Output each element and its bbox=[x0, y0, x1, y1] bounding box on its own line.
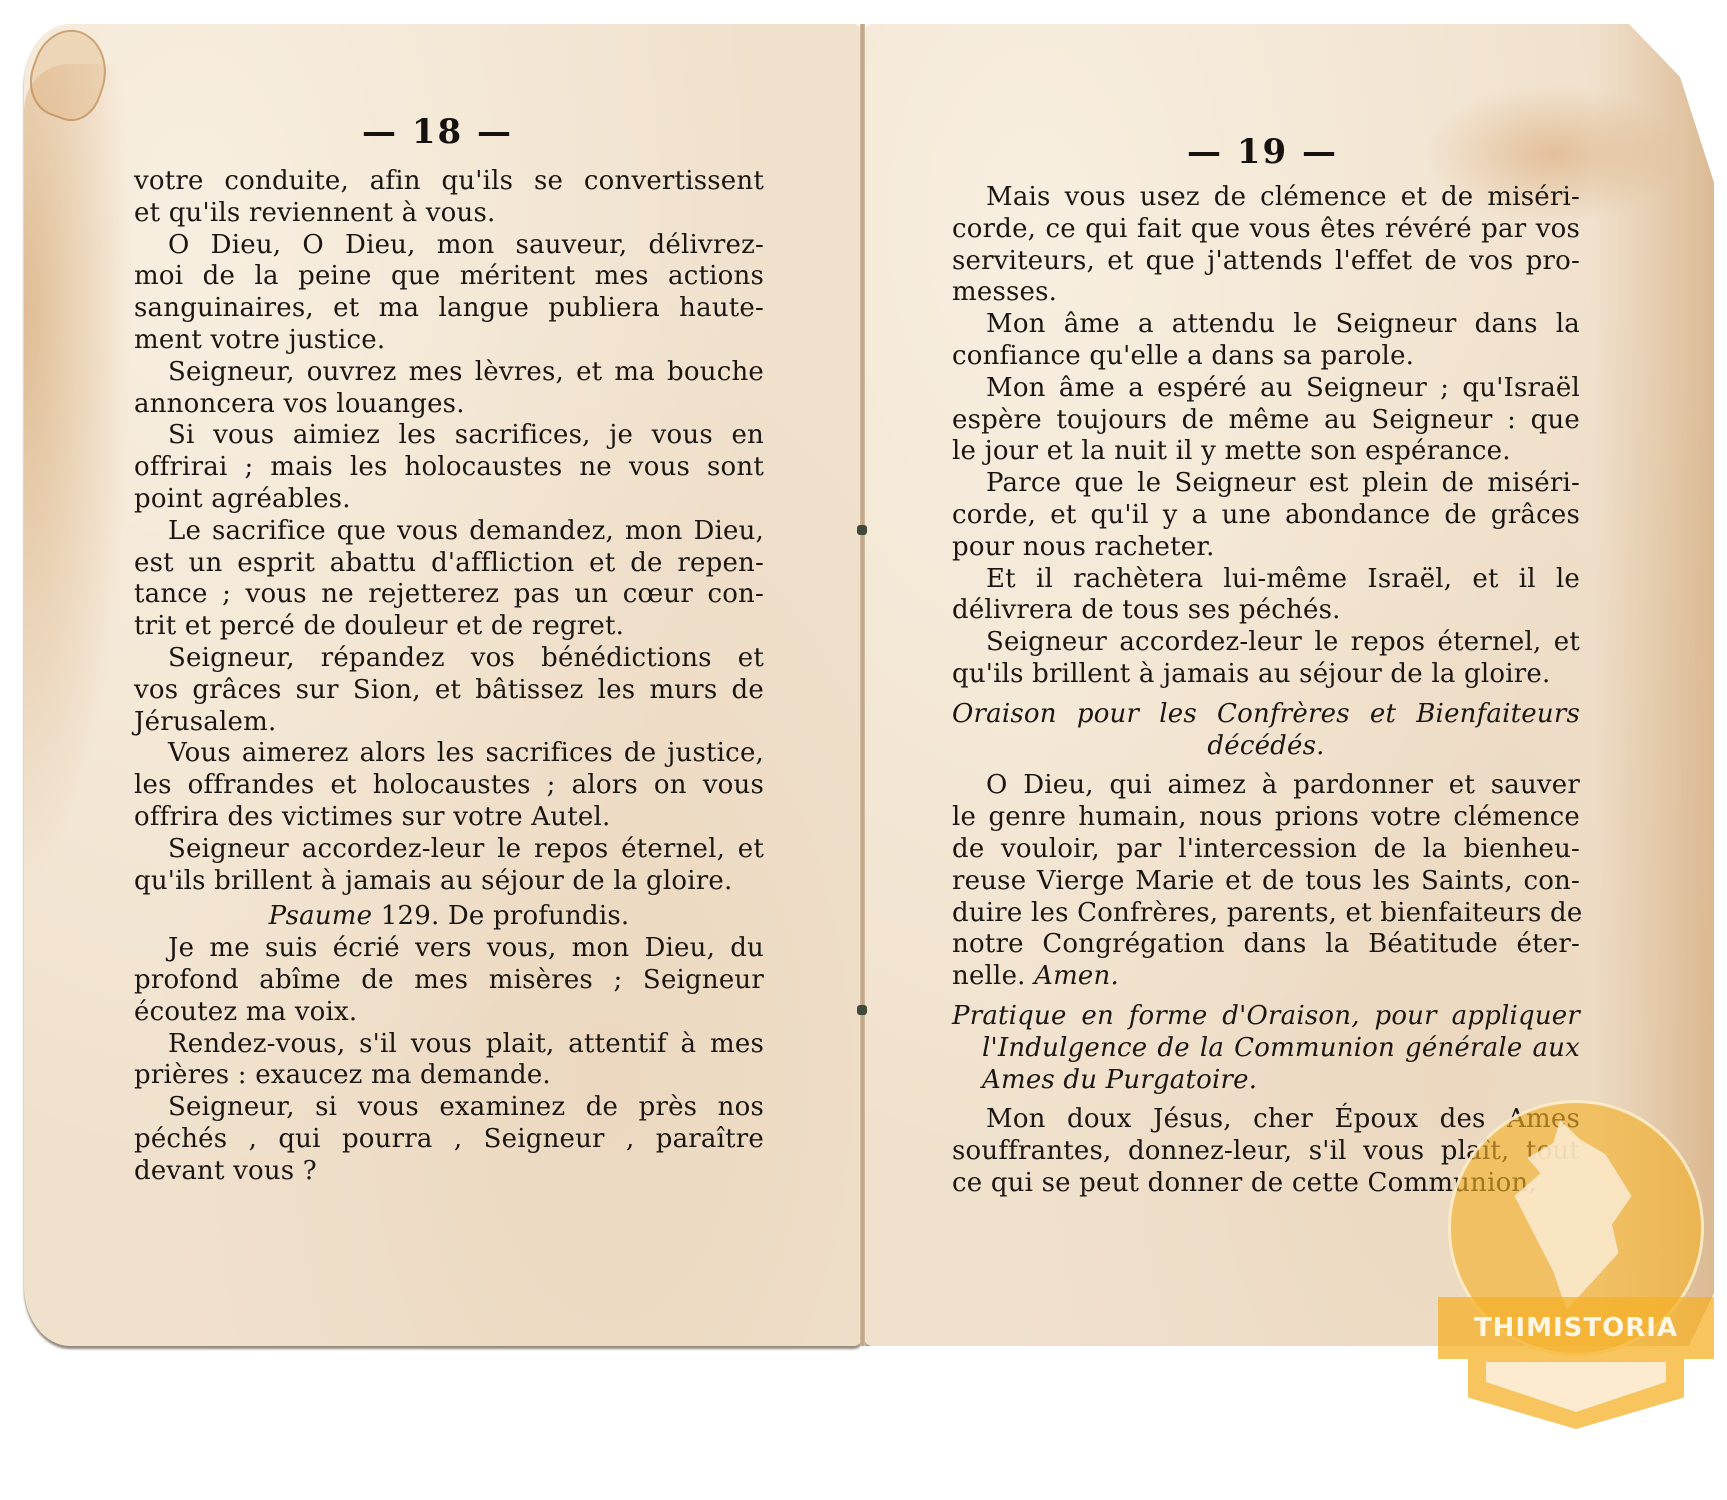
paragraph: Vous aimerez alors les sacrifices de jus… bbox=[134, 738, 764, 833]
text-line: confiance qu'elle a dans sa parole. bbox=[952, 341, 1580, 373]
text-line: le jour et la nuit il y mette son espéra… bbox=[952, 436, 1580, 468]
psalm-paragraph: Je me suis écrié vers vous, mon Dieu, du… bbox=[134, 933, 764, 1028]
text-line: sanguinaires, et ma langue publiera haut… bbox=[134, 293, 764, 325]
text-line: de vouloir, par l'intercession de la bie… bbox=[952, 834, 1580, 866]
paragraph: Le sacrifice que vous demandez, mon Dieu… bbox=[134, 516, 764, 643]
page-number-left: — 18 — bbox=[362, 112, 513, 152]
text-line: Mon âme a attendu le Seigneur dans la bbox=[952, 309, 1580, 341]
oraison-paragraph: O Dieu, qui aimez à pardonner et sauverl… bbox=[952, 770, 1580, 993]
paragraph: Seigneur, répandez vos bénédictions etvo… bbox=[134, 643, 764, 738]
text-line: Parce que le Seigneur est plein de misér… bbox=[952, 468, 1580, 500]
text-line: O Dieu, O Dieu, mon sauveur, délivrez- bbox=[134, 230, 764, 262]
paragraph: Mais vous usez de clémence et de miséri-… bbox=[952, 182, 1580, 309]
paragraph: Parce que le Seigneur est plein de misér… bbox=[952, 468, 1580, 563]
text-line: Rendez-vous, s'il vous plait, attentif à… bbox=[134, 1029, 764, 1061]
text-line: Je me suis écrié vers vous, mon Dieu, du bbox=[134, 933, 764, 965]
text-line: reuse Vierge Marie et de tous les Saints… bbox=[952, 866, 1580, 898]
text-line: qu'ils brillent à jamais au séjour de la… bbox=[952, 659, 1580, 691]
psalm-heading: Psaume 129. De profundis. bbox=[134, 901, 764, 933]
text-line: nelle. Amen. bbox=[952, 961, 1580, 993]
text-line: Vous aimerez alors les sacrifices de jus… bbox=[134, 738, 764, 770]
text-line: est un esprit abattu d'affliction et de … bbox=[134, 548, 764, 580]
paragraph: Mon âme a attendu le Seigneur dans lacon… bbox=[952, 309, 1580, 373]
text-line: Seigneur, ouvrez mes lèvres, et ma bouch… bbox=[134, 357, 764, 389]
paragraph: Si vous aimiez les sacrifices, je vous e… bbox=[134, 420, 764, 515]
text-line: Seigneur accordez-leur le repos éternel,… bbox=[134, 834, 764, 866]
text-line: trit et percé de douleur et de regret. bbox=[134, 611, 764, 643]
open-book-pages-icon bbox=[1486, 1362, 1666, 1412]
text-line: pour nous racheter. bbox=[952, 532, 1580, 564]
text-line: prières : exaucez ma demande. bbox=[134, 1060, 764, 1092]
binding-stitch-icon bbox=[857, 1005, 867, 1015]
paragraph: O Dieu, O Dieu, mon sauveur, délivrez-mo… bbox=[134, 230, 764, 357]
text-line: Seigneur, si vous examinez de près nos bbox=[134, 1092, 764, 1124]
text-line: souffrantes, donnez-leur, s'il vous plaî… bbox=[952, 1136, 1580, 1168]
pratique-heading-cont: l'Indulgence de la Communion générale au… bbox=[952, 1033, 1580, 1065]
oraison-heading-cont: décédés. bbox=[952, 731, 1580, 763]
text-line: Seigneur, répandez vos bénédictions et bbox=[134, 643, 764, 675]
page-number-right: — 19 — bbox=[1187, 132, 1338, 172]
open-book-icon bbox=[1468, 1359, 1684, 1429]
text-line: profond abîme de mes misères ; Seigneur bbox=[134, 965, 764, 997]
pratique-heading-cont: Ames du Purgatoire. bbox=[952, 1065, 1580, 1097]
paragraph: Mon âme a espéré au Seigneur ; qu'Israël… bbox=[952, 373, 1580, 468]
text-line: Si vous aimiez les sacrifices, je vous e… bbox=[134, 420, 764, 452]
text-line: messes. bbox=[952, 277, 1580, 309]
text-line: Et il rachètera lui-même Israël, et il l… bbox=[952, 564, 1580, 596]
text-line: offrira des victimes sur votre Autel. bbox=[134, 802, 764, 834]
text-line: Mon doux Jésus, cher Époux des Ames bbox=[952, 1104, 1580, 1136]
text-line: délivrera de tous ses péchés. bbox=[952, 595, 1580, 627]
text-line: Mon âme a espéré au Seigneur ; qu'Israël bbox=[952, 373, 1580, 405]
paragraph: Seigneur, ouvrez mes lèvres, et ma bouch… bbox=[134, 357, 764, 421]
psalm-paragraph: Seigneur, si vous examinez de près nospé… bbox=[134, 1092, 764, 1187]
text-line: Jérusalem. bbox=[134, 707, 764, 739]
text-line: offrirai ; mais les holocaustes ne vous … bbox=[134, 452, 764, 484]
text-line: annoncera vos louanges. bbox=[134, 389, 764, 421]
text-line: péchés , qui pourra , Seigneur , paraîtr… bbox=[134, 1124, 764, 1156]
text-line: moi de la peine que méritent mes actions bbox=[134, 261, 764, 293]
text-line: notre Congrégation dans la Béatitude éte… bbox=[952, 929, 1580, 961]
pratique-heading: Pratique en forme d'Oraison, pour appliq… bbox=[952, 1001, 1580, 1033]
text-line: Mais vous usez de clémence et de miséri- bbox=[952, 182, 1580, 214]
text-line: et qu'ils reviennent à vous. bbox=[134, 198, 764, 230]
paragraph: votre conduite, afin qu'ils se convertis… bbox=[134, 166, 764, 230]
text-line: O Dieu, qui aimez à pardonner et sauver bbox=[952, 770, 1580, 802]
left-page-text: votre conduite, afin qu'ils se convertis… bbox=[134, 166, 764, 1188]
text-line: le genre humain, nous prions votre cléme… bbox=[952, 802, 1580, 834]
paragraph: Seigneur accordez-leur le repos éternel,… bbox=[952, 627, 1580, 691]
text-line: qu'ils brillent à jamais au séjour de la… bbox=[134, 866, 764, 898]
text-line: serviteurs, et que j'attends l'effet de … bbox=[952, 246, 1580, 278]
text-line: vos grâces sur Sion, et bâtissez les mur… bbox=[134, 675, 764, 707]
final-paragraph: Mon doux Jésus, cher Époux des Amessouff… bbox=[952, 1104, 1580, 1199]
text-line: votre conduite, afin qu'ils se convertis… bbox=[134, 166, 764, 198]
text-line: devant vous ? bbox=[134, 1156, 764, 1188]
psalm-paragraph: Rendez-vous, s'il vous plait, attentif à… bbox=[134, 1029, 764, 1093]
text-line: point agréables. bbox=[134, 484, 764, 516]
text-line: ment votre justice. bbox=[134, 325, 764, 357]
text-line: Le sacrifice que vous demandez, mon Dieu… bbox=[134, 516, 764, 548]
psalm-label: Psaume bbox=[269, 901, 373, 931]
text-line: écoutez ma voix. bbox=[134, 997, 764, 1029]
paragraph: Seigneur accordez-leur le repos éternel,… bbox=[134, 834, 764, 898]
text-line: les offrandes et holocaustes ; alors on … bbox=[134, 770, 764, 802]
book-spine bbox=[860, 24, 865, 1346]
text-line: espère toujours de même au Seigneur : qu… bbox=[952, 405, 1580, 437]
text-line: Seigneur accordez-leur le repos éternel,… bbox=[952, 627, 1580, 659]
oraison-heading: Oraison pour les Confrères et Bienfaiteu… bbox=[952, 699, 1580, 731]
text-line: duire les Confrères, parents, et bienfai… bbox=[952, 898, 1580, 930]
text-line: tance ; vous ne rejetterez pas un cœur c… bbox=[134, 579, 764, 611]
closing-amen: Amen. bbox=[1026, 961, 1119, 991]
text-line: corde, ce qui fait que vous êtes révéré … bbox=[952, 214, 1580, 246]
text-line: ce qui se peut donner de cette Communion… bbox=[952, 1168, 1580, 1200]
right-page-text: Mais vous usez de clémence et de miséri-… bbox=[952, 182, 1580, 1200]
paragraph: Et il rachètera lui-même Israël, et il l… bbox=[952, 564, 1580, 628]
binding-stitch-icon bbox=[857, 525, 867, 535]
text-line: corde, et qu'il y a une abondance de grâ… bbox=[952, 500, 1580, 532]
